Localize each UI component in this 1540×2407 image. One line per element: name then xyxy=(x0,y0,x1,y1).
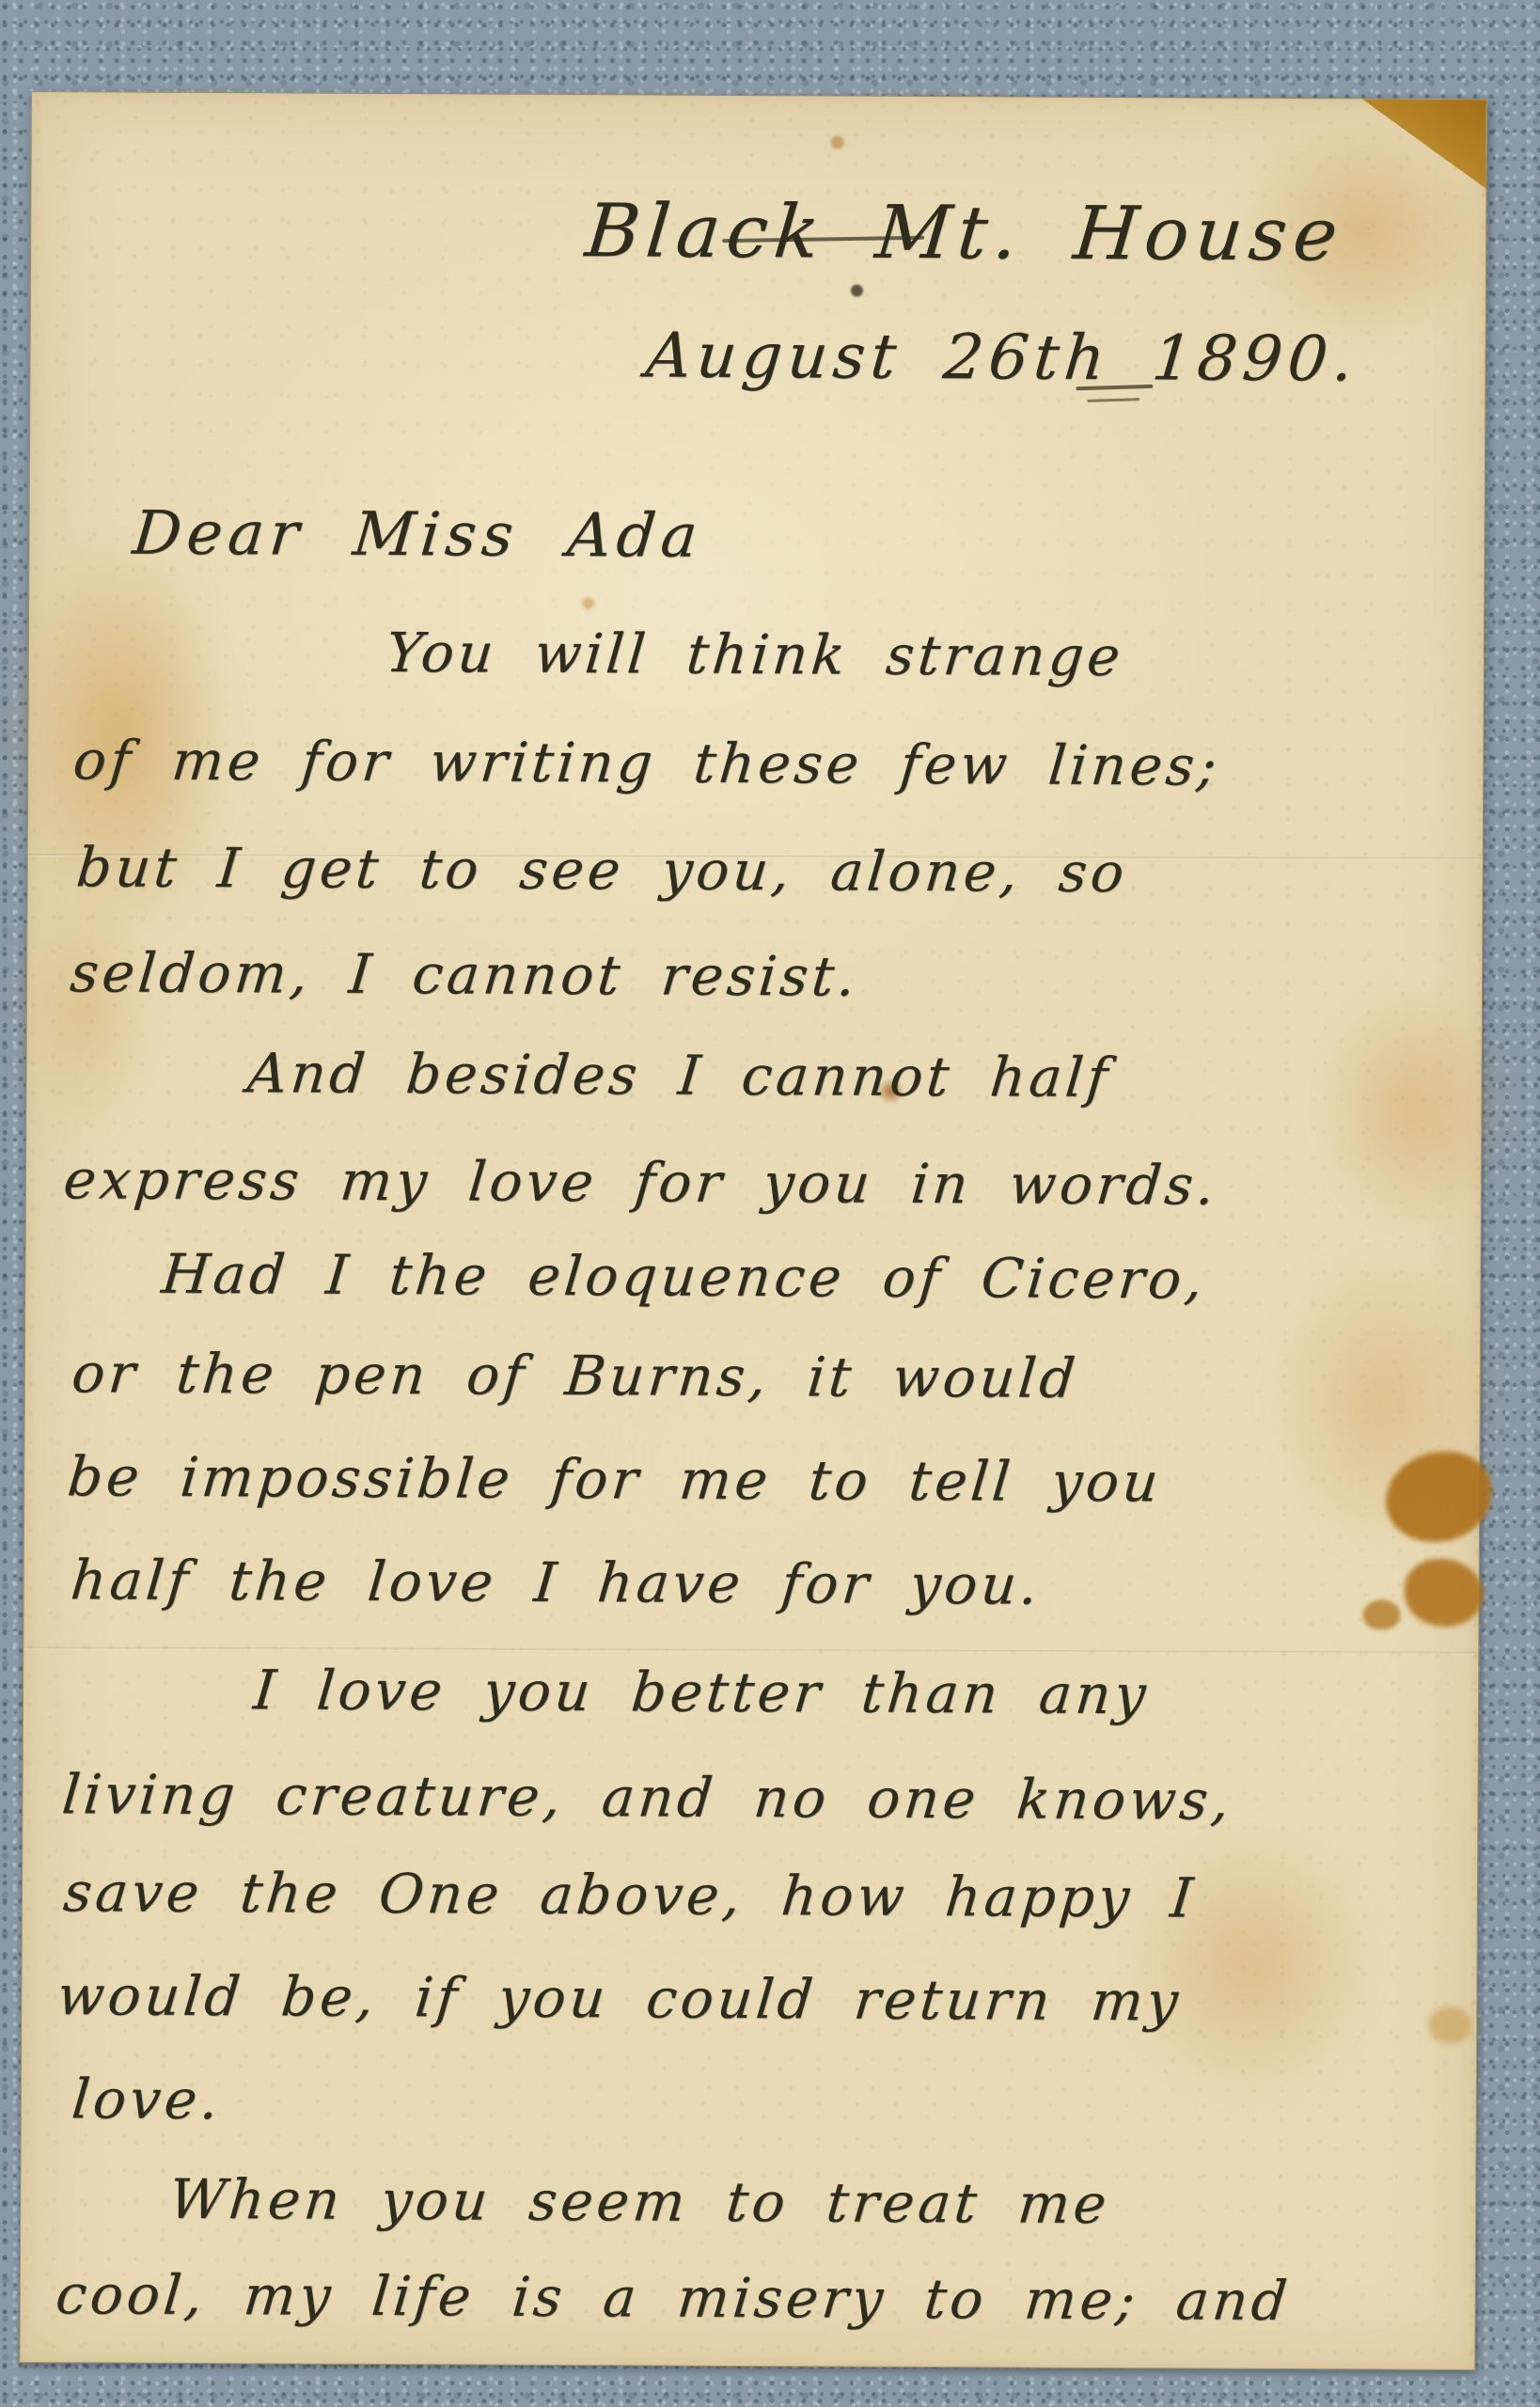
right-mid-tan-stain xyxy=(1265,1246,1502,1557)
right-edge-tan-stain xyxy=(1314,983,1513,1237)
letter-line: express my love for you in words. xyxy=(61,1147,1221,1217)
pen-underline-th-2 xyxy=(1087,398,1139,402)
right-dark-blob-3 xyxy=(1362,1599,1400,1629)
letter-line: seldom, I cannot resist. xyxy=(68,940,862,1008)
letter-line: of me for writing these few lines; xyxy=(71,728,1223,797)
letter-line: would be, if you could return my xyxy=(55,1963,1184,2033)
right-edge-small-dot xyxy=(1428,2006,1471,2044)
small-orange-dot-top xyxy=(831,135,844,149)
letter-line: save the One above, how happy I xyxy=(61,1860,1200,1929)
letter-line: You will think strange xyxy=(384,621,1126,688)
letter-line: And besides I cannot half xyxy=(244,1041,1113,1109)
small-orange-dot-salutation xyxy=(582,597,594,609)
letter-page: Black Mt. House August 26th 1890. Dear M… xyxy=(19,91,1487,2370)
letter-line: or the pen of Burns, it would xyxy=(70,1341,1081,1410)
letter-line: half the love I have for you. xyxy=(69,1548,1045,1616)
letter-date-line: August 26th 1890. xyxy=(643,319,1361,395)
fold-crease-lower xyxy=(24,1646,1478,1654)
letter-line: living creature, and no one knows, xyxy=(59,1762,1235,1832)
letter-line: cool, my life is a misery to me; and xyxy=(54,2262,1294,2333)
letter-line: Had I the eloquence of Cicero, xyxy=(159,1242,1209,1312)
left-edge-stain-lower xyxy=(13,882,155,1137)
right-dark-blob-1 xyxy=(1386,1452,1492,1543)
letter-line: be impossible for me to tell you xyxy=(65,1444,1164,1514)
corner-stain-top-right xyxy=(1344,99,1486,198)
letter-line: love. xyxy=(70,2067,225,2132)
letter-location-line: Black Mt. House xyxy=(582,189,1347,277)
ink-blot-dot xyxy=(851,285,863,297)
right-dark-blob-2 xyxy=(1404,1559,1483,1627)
letter-line: When you seem to treat me xyxy=(166,2167,1112,2236)
letter-salutation: Dear Miss Ada xyxy=(130,499,706,572)
letter-line: but I get to see you, alone, so xyxy=(74,835,1131,905)
letter-line: I love you better than any xyxy=(251,1658,1152,1726)
letter-scan-screenshot: { "colors": { "background_felt": "#8a99a… xyxy=(0,0,1540,2407)
